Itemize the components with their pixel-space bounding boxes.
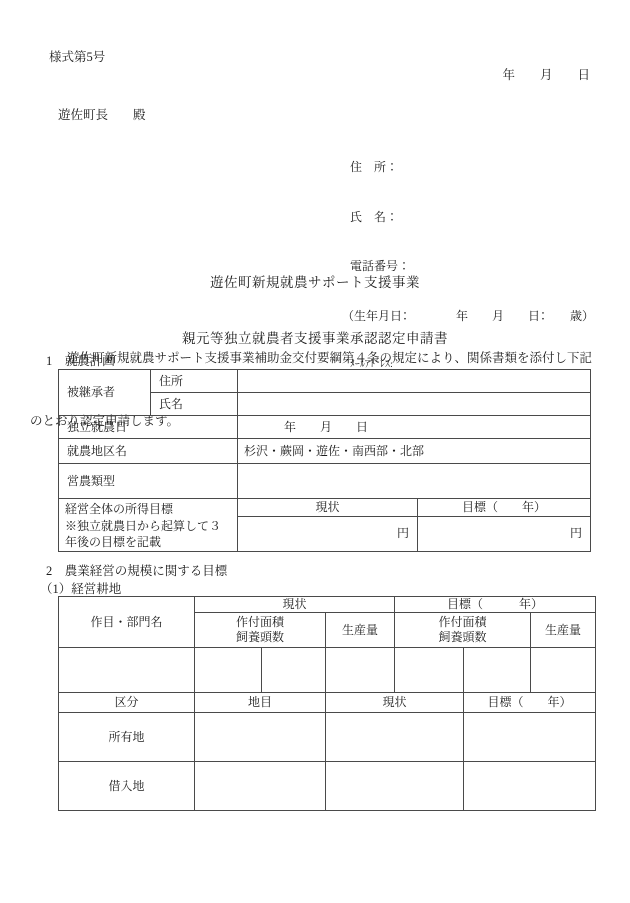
target-production-entry-cell (531, 648, 596, 693)
target-area-header: 作付面積 飼養頭数 (395, 613, 531, 648)
farming-plan-table: 被継承者 住所 氏名 独立就農日 年 月 日 就農地区名 杉沢・蕨岡・遊佐・南西… (58, 369, 591, 552)
table-row: 就農地区名 杉沢・蕨岡・遊佐・南西部・北部 (59, 439, 591, 464)
owned-land-label: 所有地 (59, 713, 195, 762)
district-value: 杉沢・蕨岡・遊佐・南西部・北部 (238, 439, 591, 464)
crop-name-header: 作目・部門名 (59, 597, 195, 648)
rented-current-cell (326, 762, 464, 811)
current-production-header: 生産量 (326, 613, 395, 648)
current-state-header: 現状 (195, 597, 395, 613)
division-header: 区分 (59, 693, 195, 713)
income-goal-label-line1: 経営全体の所得目標 (65, 501, 233, 518)
land-current-header: 現状 (326, 693, 464, 713)
successor-name-label: 氏名 (151, 393, 238, 416)
document-title-line1: 遊佐町新規就農サポート支援事業 (0, 274, 630, 293)
section2-subheading: （1）経営耕地 (40, 579, 121, 597)
table-row: 独立就農日 年 月 日 (59, 416, 591, 439)
farming-type-label: 営農類型 (59, 464, 238, 499)
income-goal-label-line2: ※独立就農日から起算して３ (65, 518, 233, 535)
addressee-mayor: 遊佐町長 殿 (58, 105, 146, 123)
section1-heading: 1 就農計画 (46, 351, 115, 369)
table-row: 作目・部門名 現状 目標（ 年） (59, 597, 596, 613)
area-header-line1: 作付面積 (395, 615, 530, 631)
district-label: 就農地区名 (59, 439, 238, 464)
table-row: 営農類型 (59, 464, 591, 499)
independence-date-label: 独立就農日 (59, 416, 238, 439)
land-type-header: 地目 (195, 693, 326, 713)
income-goal-label-line3: 年後の目標を記載 (65, 534, 233, 551)
application-statement-line1: 遊佐町新規就農サポート支援事業補助金交付要綱第４条の規定により、関係書類を添付し… (30, 348, 600, 369)
management-scale-table: 作目・部門名 現状 目標（ 年） 作付面積 飼養頭数 生産量 作付面積 飼養頭数… (58, 596, 596, 811)
target-area-entry-cell-1 (395, 648, 464, 693)
successor-address-value-cell (238, 370, 591, 393)
rented-target-cell (464, 762, 596, 811)
applicant-name-label: 氏 名： (342, 209, 594, 226)
table-row: 所有地 (59, 713, 596, 762)
income-target-header: 目標（ 年） (418, 499, 591, 517)
farming-type-value-cell (238, 464, 591, 499)
crop-name-entry-cell (59, 648, 195, 693)
current-area-entry-cell-1 (195, 648, 262, 693)
income-current-header: 現状 (238, 499, 418, 517)
table-row: 区分 地目 現状 目標（ 年） (59, 693, 596, 713)
rented-land-type-cell (195, 762, 326, 811)
owned-land-type-cell (195, 713, 326, 762)
table-row (59, 648, 596, 693)
table-row: 被継承者 住所 (59, 370, 591, 393)
area-header-line2: 飼養頭数 (195, 630, 325, 646)
current-area-entry-cell-2 (262, 648, 326, 693)
target-header: 目標（ 年） (395, 597, 596, 613)
income-goal-label: 経営全体の所得目標 ※独立就農日から起算して３ 年後の目標を記載 (59, 499, 238, 552)
date-line: 年 月 日 (502, 65, 590, 83)
income-current-yen-cell: 円 (238, 516, 418, 551)
table-row: 借入地 (59, 762, 596, 811)
applicant-address-label: 住 所： (342, 159, 594, 176)
owned-target-cell (464, 713, 596, 762)
target-production-header: 生産量 (531, 613, 596, 648)
target-area-entry-cell-2 (464, 648, 531, 693)
rented-land-label: 借入地 (59, 762, 195, 811)
successor-address-label: 住所 (151, 370, 238, 393)
successor-label: 被継承者 (59, 370, 151, 416)
owned-current-cell (326, 713, 464, 762)
area-header-line1: 作付面積 (195, 615, 325, 631)
application-form-page: 様式第5号 年 月 日 遊佐町長 殿 住 所： 氏 名： 電話番号： （生年月日… (0, 0, 630, 903)
land-target-header: 目標（ 年） (464, 693, 596, 713)
form-number: 様式第5号 (49, 47, 105, 65)
successor-name-value-cell (238, 393, 591, 416)
income-target-yen-cell: 円 (418, 516, 591, 551)
current-area-header: 作付面積 飼養頭数 (195, 613, 326, 648)
current-production-entry-cell (326, 648, 395, 693)
area-header-line2: 飼養頭数 (395, 630, 530, 646)
independence-date-value: 年 月 日 (238, 416, 591, 439)
table-row: 経営全体の所得目標 ※独立就農日から起算して３ 年後の目標を記載 現状 目標（ … (59, 499, 591, 517)
section2-heading: 2 農業経営の規模に関する目標 (46, 561, 227, 579)
